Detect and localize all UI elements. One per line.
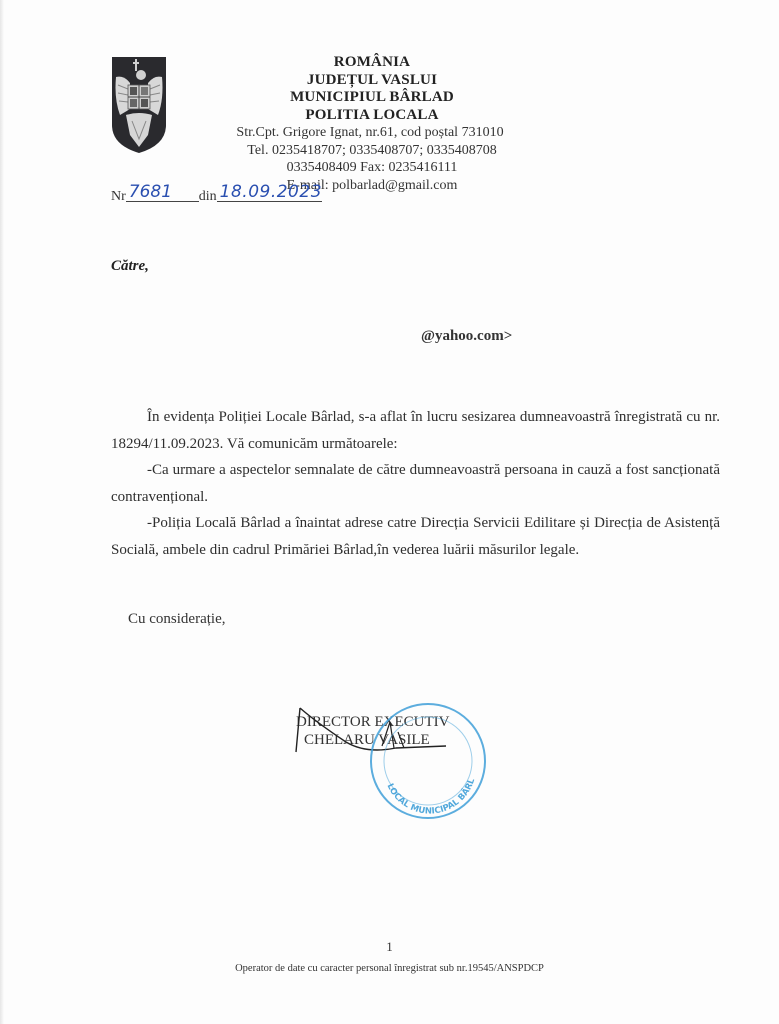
phones-line-2: 0335408409 Fax: 0235416111 xyxy=(222,159,522,177)
country-name: ROMÂNIA xyxy=(222,54,522,72)
body-paragraph: -Ca urmare a aspectelor semnalate de căt… xyxy=(111,457,720,510)
letterhead: ROMÂNIA JUDEȚUL VASLUI MUNICIPIUL BÂRLAD… xyxy=(222,54,522,194)
scan-edge-shade xyxy=(0,0,4,1024)
signatory-title: DIRECTOR EXECUTIV xyxy=(296,713,449,731)
closing-remark: Cu considerație, xyxy=(128,611,225,628)
registration-number: 7681 xyxy=(126,183,199,202)
page-number: 1 xyxy=(0,939,779,955)
nr-label: Nr xyxy=(111,189,126,205)
address: Str.Cpt. Grigore Ignat, nr.61, cod poșta… xyxy=(218,124,522,142)
romanian-coat-of-arms-icon xyxy=(110,55,168,155)
body-paragraph: În evidența Poliției Locale Bârlad, s-a … xyxy=(111,404,720,457)
recipient-email: @yahoo.com> xyxy=(421,328,512,345)
municipality-name: MUNICIPIUL BÂRLAD xyxy=(222,89,522,107)
letter-page: ROMÂNIA JUDEȚUL VASLUI MUNICIPIUL BÂRLAD… xyxy=(0,0,779,1024)
body-paragraph: -Poliția Locală Bârlad a înaintat adrese… xyxy=(111,510,720,563)
letter-body: În evidența Poliției Locale Bârlad, s-a … xyxy=(111,404,720,563)
registration-line: Nr7681din18.09.2023 xyxy=(111,186,322,205)
signatory-name: CHELARU VASILE xyxy=(304,731,449,749)
footer-note: Operator de date cu caracter personal în… xyxy=(0,963,779,974)
registration-date: 18.09.2023 xyxy=(217,183,322,202)
svg-text:LOCAL MUNICIPAL BÂRL: LOCAL MUNICIPAL BÂRL xyxy=(385,777,478,817)
signature-block: DIRECTOR EXECUTIV CHELARU VASILE xyxy=(296,713,449,749)
phones-line-1: Tel. 0235418707; 0335408707; 0335408708 xyxy=(222,142,522,160)
county-name: JUDEȚUL VASLUI xyxy=(222,72,522,90)
date-label: din xyxy=(199,189,217,205)
salutation: Către, xyxy=(111,258,149,275)
institution-name: POLITIA LOCALA xyxy=(222,107,522,125)
